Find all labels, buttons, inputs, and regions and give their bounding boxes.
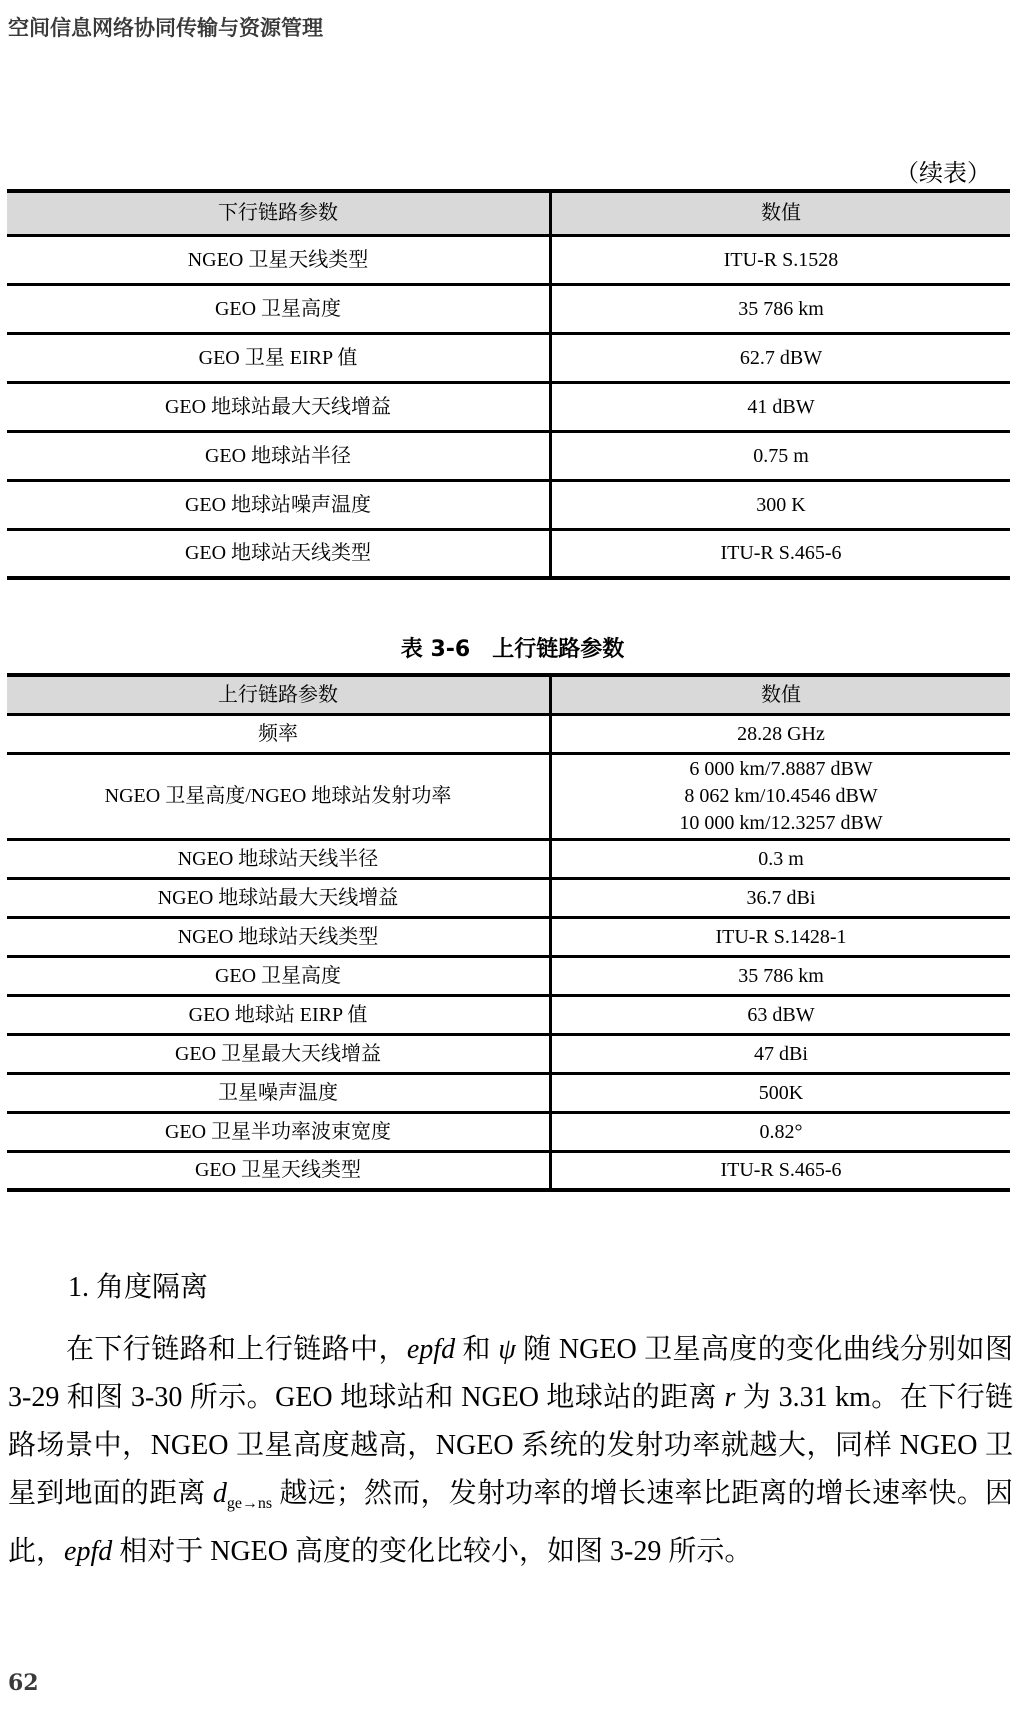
table-row: GEO 卫星高度 35 786 km [7, 284, 1010, 333]
parameter-cell: GEO 卫星高度 [7, 956, 551, 995]
value-cell: 0.3 m [551, 839, 1011, 878]
parameter-cell: NGEO 卫星天线类型 [7, 235, 551, 284]
parameter-cell: NGEO 卫星高度/NGEO 地球站发射功率 [7, 753, 551, 839]
value-cell: 36.7 dBi [551, 878, 1011, 917]
table-row: GEO 地球站天线类型 ITU-R S.465-6 [7, 529, 1010, 578]
parameter-cell: GEO 地球站 EIRP 值 [7, 995, 551, 1034]
parameter-cell: GEO 卫星最大天线增益 [7, 1034, 551, 1073]
value-cell: 41 dBW [551, 382, 1011, 431]
parameter-cell: NGEO 地球站天线半径 [7, 839, 551, 878]
value-cell: 500K [551, 1073, 1011, 1112]
parameter-cell: NGEO 地球站天线类型 [7, 917, 551, 956]
downlink-parameters-table: 下行链路参数 数值 NGEO 卫星天线类型 ITU-R S.1528 GEO 卫… [7, 189, 1010, 580]
parameter-cell: NGEO 地球站最大天线增益 [7, 878, 551, 917]
value-line: 8 062 km/10.4546 dBW [552, 783, 1010, 810]
continued-label: （续表） [895, 153, 991, 188]
value-cell: ITU-R S.1428-1 [551, 917, 1011, 956]
psi-symbol: ψ [498, 1334, 515, 1365]
value-cell: 28.28 GHz [551, 714, 1011, 753]
value-cell: 35 786 km [551, 284, 1011, 333]
body-paragraph: 在下行链路和上行链路中，epfd 和 ψ 随 NGEO 卫星高度的变化曲线分别如… [8, 1326, 1013, 1576]
section-heading: 1. 角度隔离 [68, 1265, 208, 1305]
table-row: GEO 卫星天线类型 ITU-R S.465-6 [7, 1151, 1010, 1190]
value-cell: 47 dBi [551, 1034, 1011, 1073]
uplink-parameters-table: 上行链路参数 数值 频率 28.28 GHz NGEO 卫星高度/NGEO 地球… [7, 673, 1010, 1192]
table-header-row: 上行链路参数 数值 [7, 675, 1010, 714]
table-row: GEO 卫星 EIRP 值 62.7 dBW [7, 333, 1010, 382]
d-subscript: ge→ns [227, 1495, 272, 1512]
table-row: GEO 卫星半功率波束宽度 0.82° [7, 1112, 1010, 1151]
table-row: GEO 卫星最大天线增益 47 dBi [7, 1034, 1010, 1073]
value-cell: 62.7 dBW [551, 333, 1011, 382]
table-row: GEO 地球站噪声温度 300 K [7, 480, 1010, 529]
parameter-cell: GEO 卫星高度 [7, 284, 551, 333]
parameter-cell: GEO 卫星半功率波束宽度 [7, 1112, 551, 1151]
table-row: NGEO 地球站最大天线增益 36.7 dBi [7, 878, 1010, 917]
table-row: 卫星噪声温度 500K [7, 1073, 1010, 1112]
parameter-cell: 频率 [7, 714, 551, 753]
value-cell: ITU-R S.1528 [551, 235, 1011, 284]
parameter-cell: GEO 卫星天线类型 [7, 1151, 551, 1190]
table-row: NGEO 卫星天线类型 ITU-R S.1528 [7, 235, 1010, 284]
r-symbol: r [724, 1382, 735, 1413]
parameter-cell: GEO 地球站噪声温度 [7, 480, 551, 529]
column-header: 上行链路参数 [7, 675, 551, 714]
parameter-cell: GEO 地球站半径 [7, 431, 551, 480]
epfd-term: epfd [407, 1334, 455, 1365]
table-row: NGEO 地球站天线半径 0.3 m [7, 839, 1010, 878]
value-cell: 0.82° [551, 1112, 1011, 1151]
value-line: 6 000 km/7.8887 dBW [552, 756, 1010, 783]
epfd-term: epfd [64, 1536, 112, 1567]
parameter-cell: GEO 卫星 EIRP 值 [7, 333, 551, 382]
table-row: NGEO 地球站天线类型 ITU-R S.1428-1 [7, 917, 1010, 956]
table-row: GEO 地球站最大天线增益 41 dBW [7, 382, 1010, 431]
table-row: GEO 地球站半径 0.75 m [7, 431, 1010, 480]
column-header: 下行链路参数 [7, 191, 551, 235]
value-cell: 35 786 km [551, 956, 1011, 995]
table-row: GEO 卫星高度 35 786 km [7, 956, 1010, 995]
parameter-cell: 卫星噪声温度 [7, 1073, 551, 1112]
parameter-cell: GEO 地球站天线类型 [7, 529, 551, 578]
table-row: GEO 地球站 EIRP 值 63 dBW [7, 995, 1010, 1034]
text-run: 在下行链路和上行链路中， [66, 1334, 407, 1365]
column-header: 数值 [551, 191, 1011, 235]
value-cell: 0.75 m [551, 431, 1011, 480]
value-cell: ITU-R S.465-6 [551, 529, 1011, 578]
table-row: NGEO 卫星高度/NGEO 地球站发射功率 6 000 km/7.8887 d… [7, 753, 1010, 839]
value-cell: ITU-R S.465-6 [551, 1151, 1011, 1190]
running-head: 空间信息网络协同传输与资源管理 [8, 12, 323, 42]
value-cell: 300 K [551, 480, 1011, 529]
table-row: 频率 28.28 GHz [7, 714, 1010, 753]
text-run: 相对于 NGEO 高度的变化比较小，如图 3-29 所示。 [112, 1536, 752, 1567]
column-header: 数值 [551, 675, 1011, 714]
table-header-row: 下行链路参数 数值 [7, 191, 1010, 235]
table-caption: 表 3-6 上行链路参数 [0, 632, 1025, 663]
page-number: 62 [8, 1670, 39, 1696]
text-run: 和 [455, 1334, 498, 1365]
value-line: 10 000 km/12.3257 dBW [552, 810, 1010, 837]
d-symbol: d [213, 1478, 227, 1509]
value-cell-multiline: 6 000 km/7.8887 dBW 8 062 km/10.4546 dBW… [551, 753, 1011, 839]
value-cell: 63 dBW [551, 995, 1011, 1034]
parameter-cell: GEO 地球站最大天线增益 [7, 382, 551, 431]
